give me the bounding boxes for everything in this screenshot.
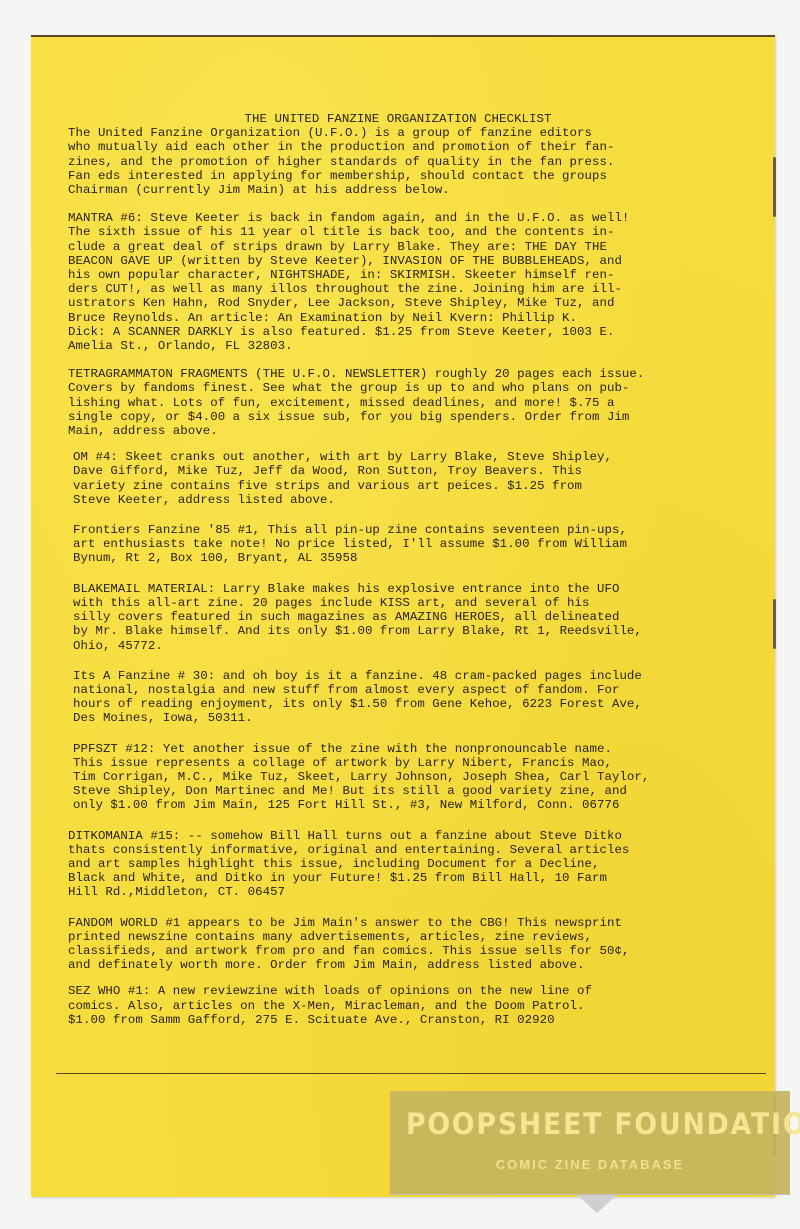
divider-line: [56, 1073, 766, 1074]
watermark-subtitle: COMIC ZINE DATABASE: [390, 1157, 790, 1172]
entry-ppfszt: PPFSZT #12: Yet another issue of the zin…: [68, 742, 778, 813]
watermark-title: POOPSHEET FOUNDATION: [406, 1107, 774, 1141]
intro-paragraph: The United Fanzine Organization (U.F.O.)…: [68, 126, 778, 197]
entry-its-a-fanzine: Its A Fanzine # 30: and oh boy is it a f…: [68, 669, 778, 726]
watermark-pointer-icon: [577, 1195, 617, 1213]
entry-ditkomania: DITKOMANIA #15: -- somehow Bill Hall tur…: [68, 829, 778, 900]
entry-mantra: MANTRA #6: Steve Keeter is back in fando…: [68, 211, 778, 353]
entry-tetragrammaton: TETRAGRAMMATON FRAGMENTS (THE U.F.O. NEW…: [68, 367, 778, 438]
entry-frontiers: Frontiers Fanzine '85 #1, This all pin-u…: [68, 523, 778, 566]
watermark-banner: POOPSHEET FOUNDATION COMIC ZINE DATABASE: [390, 1091, 790, 1195]
entry-om: OM #4: Skeet cranks out another, with ar…: [68, 450, 778, 507]
checklist-body: THE UNITED FANZINE ORGANIZATION CHECKLIS…: [68, 112, 778, 1027]
entry-blakemail: BLAKEMAIL MATERIAL: Larry Blake makes hi…: [68, 582, 778, 653]
entry-fandom-world: FANDOM WORLD #1 appears to be Jim Main's…: [68, 916, 778, 973]
page-title: THE UNITED FANZINE ORGANIZATION CHECKLIS…: [68, 112, 778, 126]
entry-sez-who: SEZ WHO #1: A new reviewzine with loads …: [68, 984, 778, 1027]
